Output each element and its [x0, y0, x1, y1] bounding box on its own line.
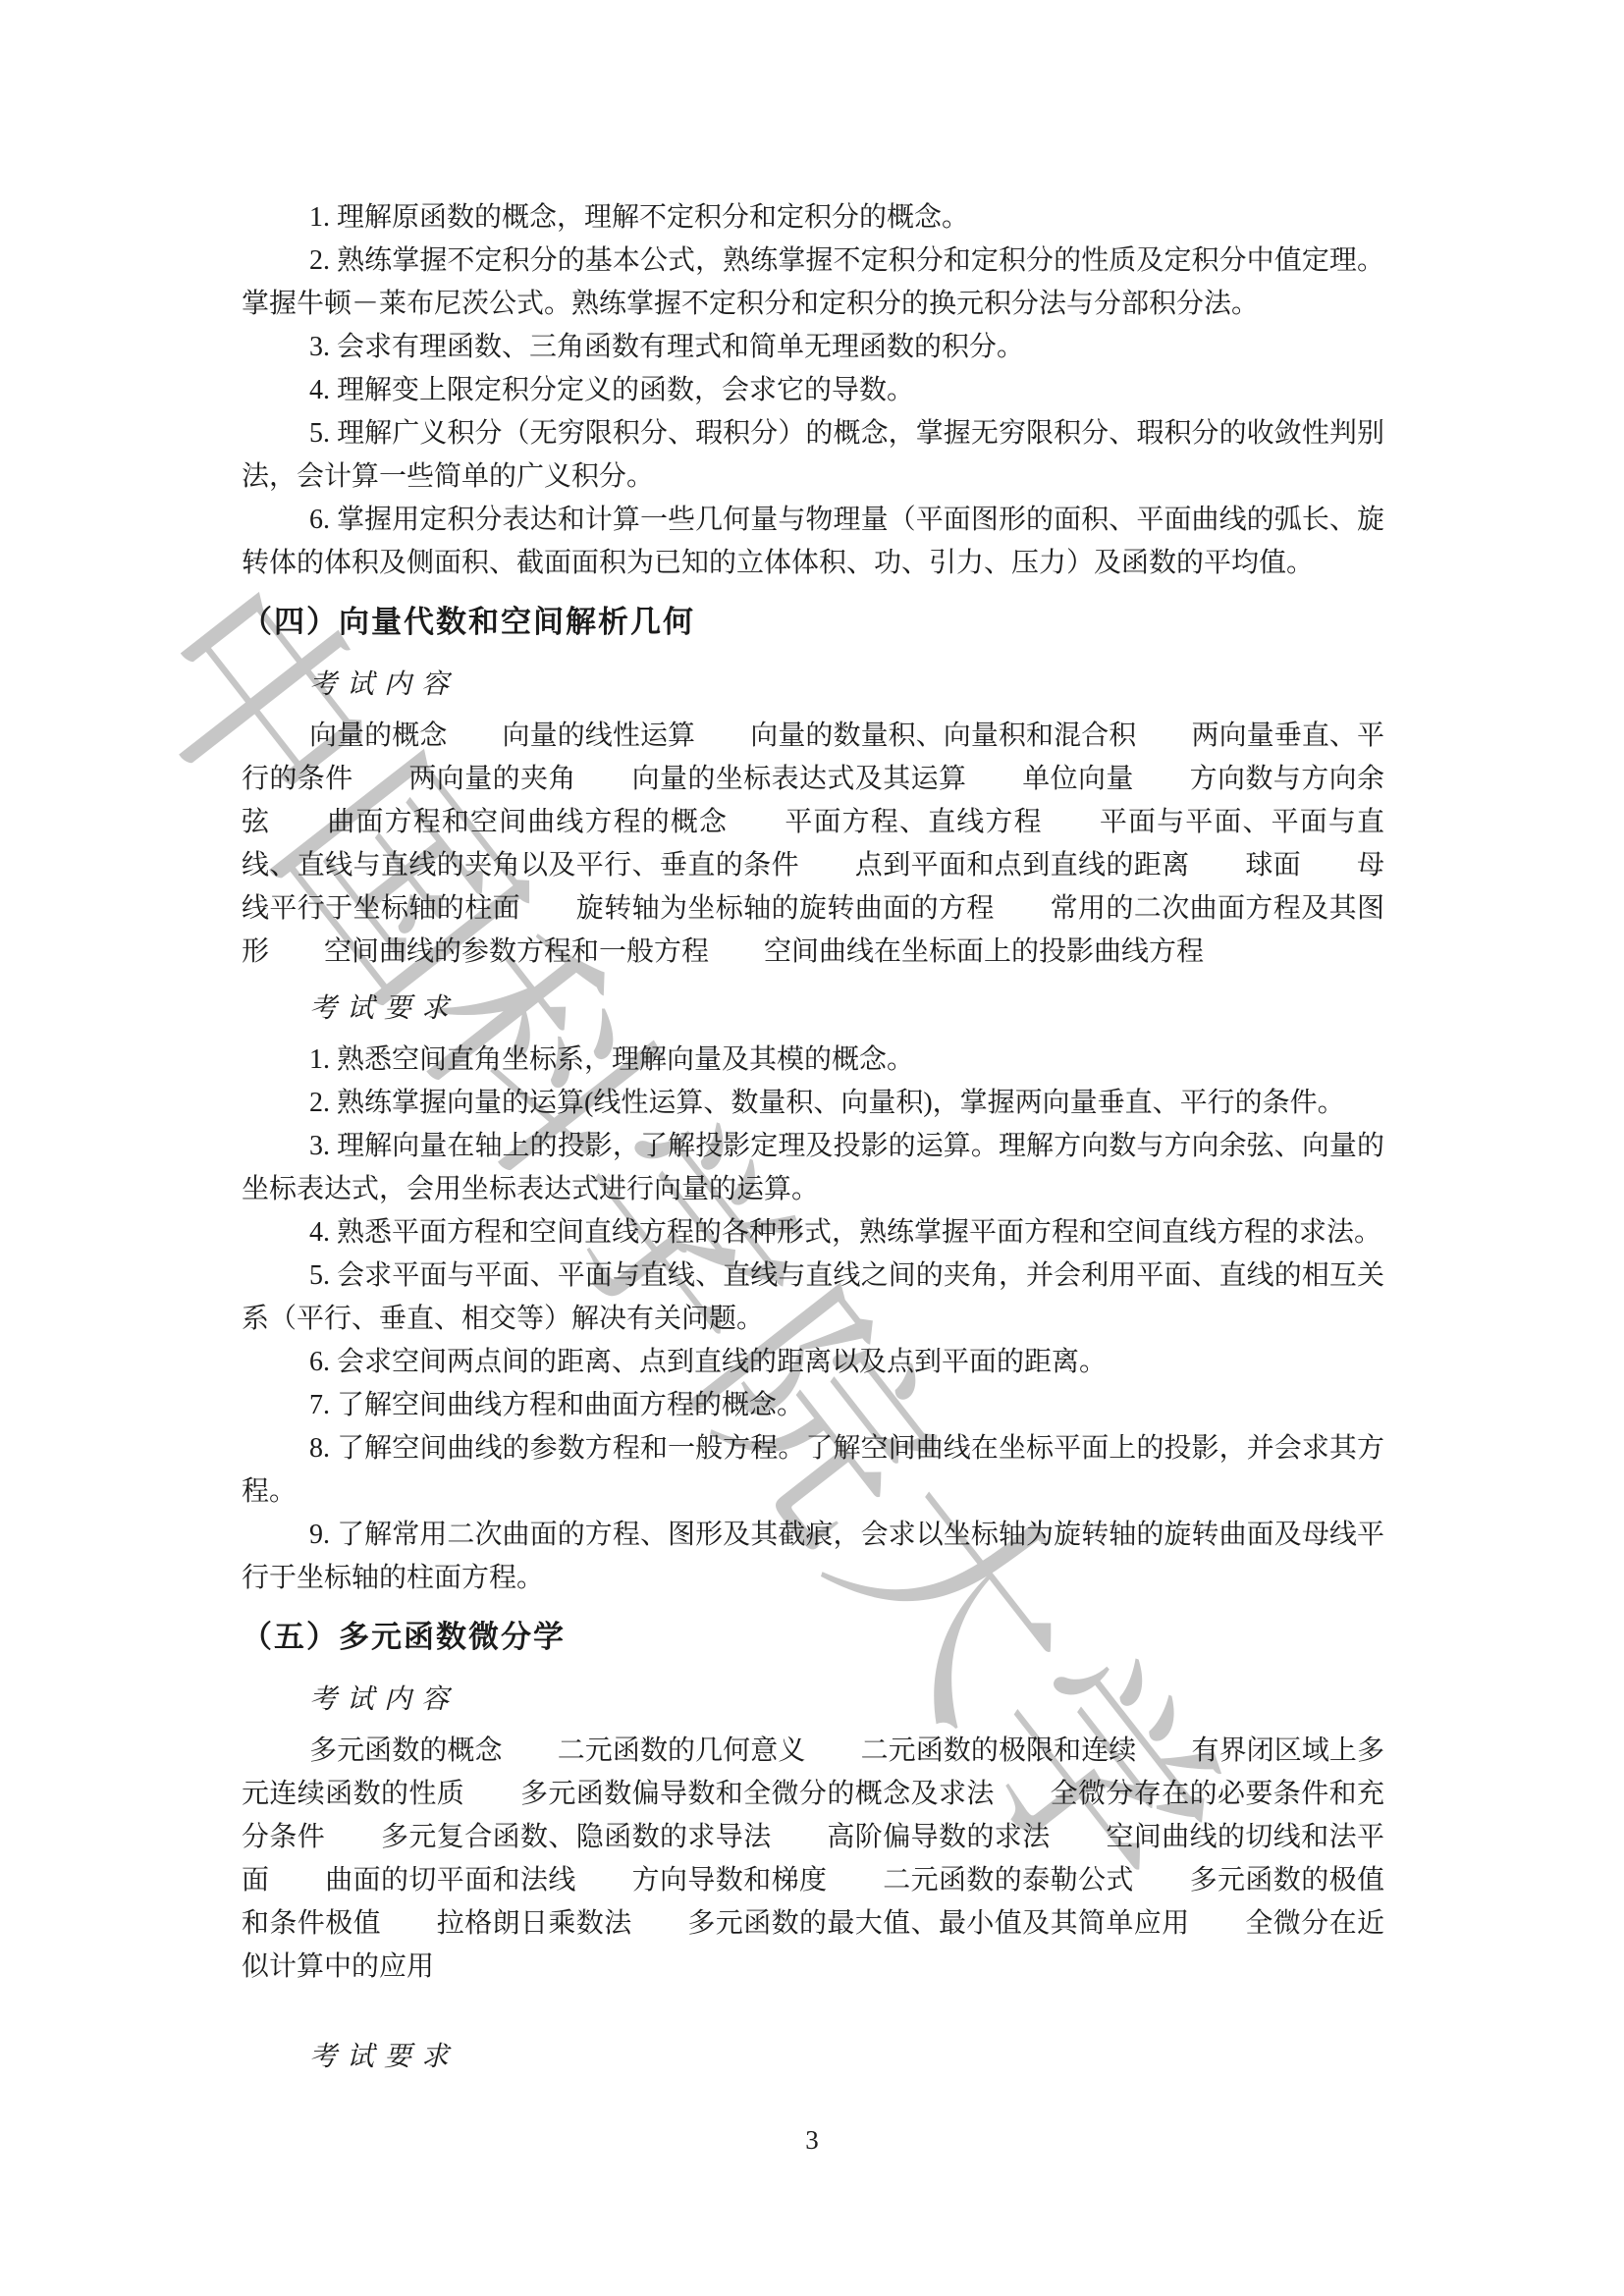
- intro-item-4: 4. 理解变上限定积分定义的函数，会求它的导数。: [242, 369, 1384, 412]
- section-4-requirement-5: 5. 会求平面与平面、平面与直线、直线与直线之间的夹角，并会利用平面、直线的相互…: [242, 1255, 1384, 1341]
- section-5-exam-content-label: 考试内容: [242, 1679, 1384, 1722]
- intro-item-2: 2. 熟练掌握不定积分的基本公式，熟练掌握不定积分和定积分的性质及定积分中值定理…: [242, 240, 1384, 326]
- section-4-requirement-6: 6. 会求空间两点间的距离、点到直线的距离以及点到平面的距离。: [242, 1341, 1384, 1384]
- section-4-requirement-2: 2. 熟练掌握向量的运算(线性运算、数量积、向量积)，掌握两向量垂直、平行的条件…: [242, 1082, 1384, 1125]
- page-content: 1. 理解原函数的概念，理解不定积分和定积分的概念。 2. 熟练掌握不定积分的基…: [242, 196, 1384, 2087]
- intro-item-3: 3. 会求有理函数、三角函数有理式和简单无理函数的积分。: [242, 326, 1384, 369]
- intro-item-1: 1. 理解原函数的概念，理解不定积分和定积分的概念。: [242, 196, 1384, 240]
- intro-item-6: 6. 掌握用定积分表达和计算一些几何量与物理量（平面图形的面积、平面曲线的弧长、…: [242, 499, 1384, 585]
- section-4-exam-content-text: 向量的概念 向量的线性运算 向量的数量积、向量积和混合积 两向量垂直、平行的条件…: [242, 715, 1384, 974]
- section-5-exam-content-text: 多元函数的概念 二元函数的几何意义 二元函数的极限和连续 有界闭区域上多元连续函…: [242, 1730, 1384, 1989]
- section-4-requirement-8: 8. 了解空间曲线的参数方程和一般方程。了解空间曲线在坐标平面上的投影，并会求其…: [242, 1427, 1384, 1514]
- page-number: 3: [0, 2120, 1624, 2160]
- section-4-requirement-7: 7. 了解空间曲线方程和曲面方程的概念。: [242, 1384, 1384, 1427]
- document-page: 中国科学院大学 1. 理解原函数的概念，理解不定积分和定积分的概念。 2. 熟练…: [0, 0, 1624, 2296]
- section-4-requirement-4: 4. 熟悉平面方程和空间直线方程的各种形式，熟练掌握平面方程和空间直线方程的求法…: [242, 1211, 1384, 1255]
- section-4-requirement-1: 1. 熟悉空间直角坐标系，理解向量及其模的概念。: [242, 1039, 1384, 1082]
- section-4-heading: （四）向量代数和空间解析几何: [242, 601, 1384, 644]
- section-5-exam-requirements-label: 考试要求: [242, 2036, 1384, 2079]
- section-4-requirement-3: 3. 理解向量在轴上的投影，了解投影定理及投影的运算。理解方向数与方向余弦、向量…: [242, 1125, 1384, 1211]
- section-4-requirement-9: 9. 了解常用二次曲面的方程、图形及其截痕，会求以坐标轴为旋转轴的旋转曲面及母线…: [242, 1514, 1384, 1600]
- section-4-exam-content-label: 考试内容: [242, 664, 1384, 707]
- section-4-exam-requirements-label: 考试要求: [242, 988, 1384, 1031]
- intro-item-5: 5. 理解广义积分（无穷限积分、瑕积分）的概念，掌握无穷限积分、瑕积分的收敛性判…: [242, 412, 1384, 499]
- section-5-heading: （五）多元函数微分学: [242, 1616, 1384, 1659]
